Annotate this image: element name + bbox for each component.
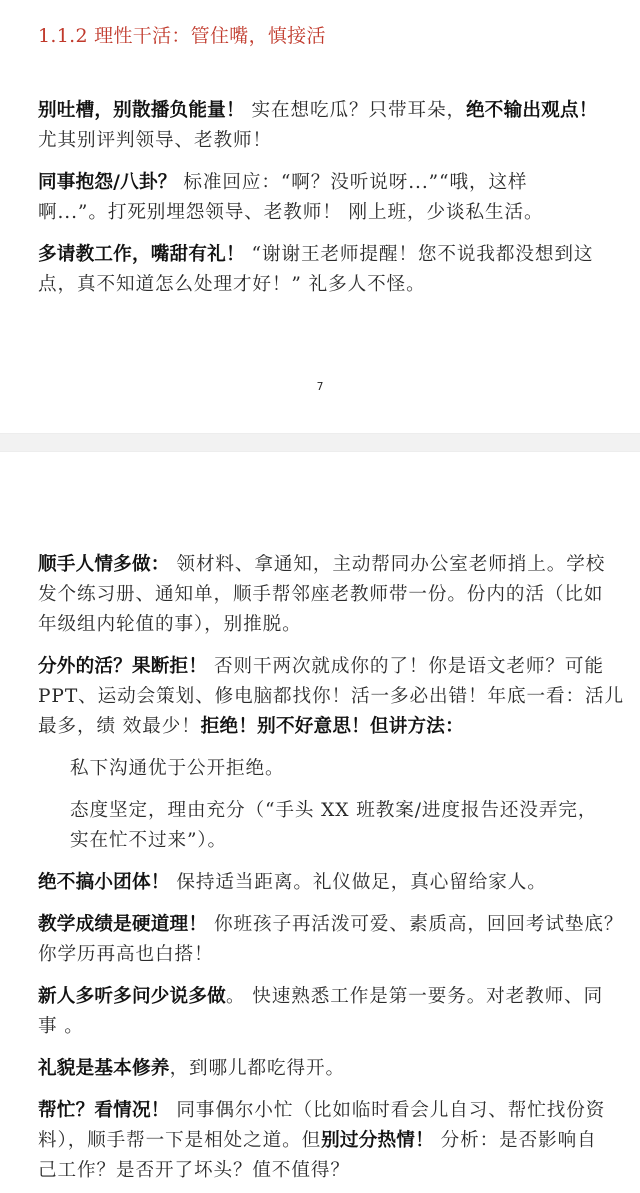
text-line: 你学历再高也白搭！ bbox=[38, 943, 213, 967]
text-segment: 保持适当距离。礼仪做足，真心留给家人。 bbox=[170, 872, 547, 893]
text-line: 顺手人情多做： 领材料、拿通知，主动帮同办公室老师捎上。学校 bbox=[38, 553, 605, 577]
text-segment: 私下沟通优于公开拒绝。 bbox=[70, 758, 284, 779]
text-line: 态度坚定，理由充分（“手头 XX 班教案/进度报告还没弄完， bbox=[70, 799, 597, 823]
bold-text-segment: 同事抱怨/八卦？ bbox=[38, 172, 177, 193]
text-segment: 事 。 bbox=[38, 1016, 84, 1037]
text-segment: 年级组内轮值的事），别推脱。 bbox=[38, 614, 302, 635]
text-line: 点，真不知道怎么处理才好！” 礼多人不怪。 bbox=[38, 273, 426, 297]
text-line: 新人多听多问少说多做。 快速熟悉工作是第一要务。对老教师、同 bbox=[38, 985, 603, 1009]
text-line: 料），顺手帮一下是相处之道。但别过分热情！ 分析：是否影响自 bbox=[38, 1129, 597, 1153]
text-segment: 否则干两次就成你的了！你是语文老师？可能 bbox=[207, 656, 604, 677]
text-line: PPT、运动会策划、修电脑都找你！活一多必出错！年底一看：活儿 bbox=[38, 685, 624, 709]
text-segment: 尤其别评判领导、老教师！ bbox=[38, 130, 272, 151]
bold-text-segment: 帮忙？看情况！ bbox=[38, 1100, 170, 1121]
text-segment: 点，真不知道怎么处理才好！” 礼多人不怪。 bbox=[38, 274, 426, 295]
text-line: 尤其别评判领导、老教师！ bbox=[38, 129, 272, 153]
bold-text-segment: 拒绝！别不好意思！但讲方法： bbox=[201, 716, 464, 737]
text-segment: 己工作？是否开了坏头？值不值得？ bbox=[38, 1160, 350, 1181]
text-segment: 实在想吃瓜？只带耳朵， bbox=[245, 100, 466, 121]
text-segment: 同事偶尔小忙（比如临时看会儿自习、帮忙找份资 bbox=[170, 1100, 606, 1121]
text-line: 实在忙不过来”）。 bbox=[70, 829, 227, 853]
text-line: 帮忙？看情况！ 同事偶尔小忙（比如临时看会儿自习、帮忙找份资 bbox=[38, 1099, 605, 1123]
text-line: 私下沟通优于公开拒绝。 bbox=[70, 757, 284, 781]
text-line: 教学成绩是硬道理！ 你班孩子再活泼可爱、素质高，回回考试垫底？ bbox=[38, 913, 623, 937]
text-segment: 发个练习册、通知单，顺手帮邻座老教师带一份。份内的活（比如 bbox=[38, 584, 603, 605]
text-segment: 实在忙不过来”）。 bbox=[70, 830, 227, 851]
page-number: 7 bbox=[0, 380, 640, 393]
text-line: 己工作？是否开了坏头？值不值得？ bbox=[38, 1159, 350, 1183]
bold-text-segment: 别吐槽，别散播负能量！ bbox=[38, 100, 245, 121]
text-line: 多请教工作，嘴甜有礼！ “谢谢王老师提醒！您不说我都没想到这 bbox=[38, 243, 593, 267]
bold-text-segment: 新人多听多问少说多做 bbox=[38, 986, 226, 1007]
text-line: 礼貌是基本修养，到哪儿都吃得开。 bbox=[38, 1057, 345, 1081]
text-line: 别吐槽，别散播负能量！ 实在想吃瓜？只带耳朵，绝不输出观点！ bbox=[38, 99, 598, 123]
bold-text-segment: 分外的活？果断拒！ bbox=[38, 656, 207, 677]
text-segment: PPT、运动会策划、修电脑都找你！活一多必出错！年底一看：活儿 bbox=[38, 686, 624, 707]
text-line: 最多，绩 效最少！拒绝！别不好意思！但讲方法： bbox=[38, 715, 464, 739]
bold-text-segment: 绝不输出观点！ bbox=[466, 100, 598, 121]
bold-text-segment: 礼貌是基本修养 bbox=[38, 1058, 170, 1079]
text-segment: 态度坚定，理由充分（“手头 XX 班教案/进度报告还没弄完， bbox=[70, 800, 597, 821]
text-segment: 你班孩子再活泼可爱、素质高，回回考试垫底？ bbox=[207, 914, 623, 935]
bold-text-segment: 别过分热情！ bbox=[321, 1130, 434, 1151]
text-segment: 标准回应：“啊？没听说呀...”“哦，这样 bbox=[177, 172, 528, 193]
text-line: 同事抱怨/八卦？ 标准回应：“啊？没听说呀...”“哦，这样 bbox=[38, 171, 527, 195]
bold-text-segment: 绝不搞小团体！ bbox=[38, 872, 170, 893]
page-separator bbox=[0, 433, 640, 452]
section-heading: 1.1.2 理性干活：管住嘴，慎接活 bbox=[38, 21, 326, 48]
text-segment: 你学历再高也白搭！ bbox=[38, 944, 213, 965]
text-line: 年级组内轮值的事），别推脱。 bbox=[38, 613, 302, 637]
text-segment: 。 快速熟悉工作是第一要务。对老教师、同 bbox=[226, 986, 603, 1007]
bold-text-segment: 教学成绩是硬道理！ bbox=[38, 914, 207, 935]
text-segment: 分析：是否影响自 bbox=[434, 1130, 597, 1151]
text-segment: 领材料、拿通知，主动帮同办公室老师捎上。学校 bbox=[170, 554, 606, 575]
text-segment: 最多，绩 效最少！ bbox=[38, 716, 201, 737]
text-segment: 料），顺手帮一下是相处之道。但 bbox=[38, 1130, 321, 1151]
text-line: 事 。 bbox=[38, 1015, 84, 1039]
bold-text-segment: 顺手人情多做： bbox=[38, 554, 170, 575]
text-line: 啊...”。打死别埋怨领导、老教师！ 刚上班，少谈私生活。 bbox=[38, 201, 544, 225]
text-segment: ，到哪儿都吃得开。 bbox=[170, 1058, 345, 1079]
text-line: 分外的活？果断拒！ 否则干两次就成你的了！你是语文老师？可能 bbox=[38, 655, 604, 679]
text-segment: 啊...”。打死别埋怨领导、老教师！ 刚上班，少谈私生活。 bbox=[38, 202, 544, 223]
text-line: 绝不搞小团体！ 保持适当距离。礼仪做足，真心留给家人。 bbox=[38, 871, 547, 895]
text-line: 发个练习册、通知单，顺手帮邻座老教师带一份。份内的活（比如 bbox=[38, 583, 603, 607]
text-segment: “谢谢王老师提醒！您不说我都没想到这 bbox=[245, 244, 594, 265]
bold-text-segment: 多请教工作，嘴甜有礼！ bbox=[38, 244, 245, 265]
